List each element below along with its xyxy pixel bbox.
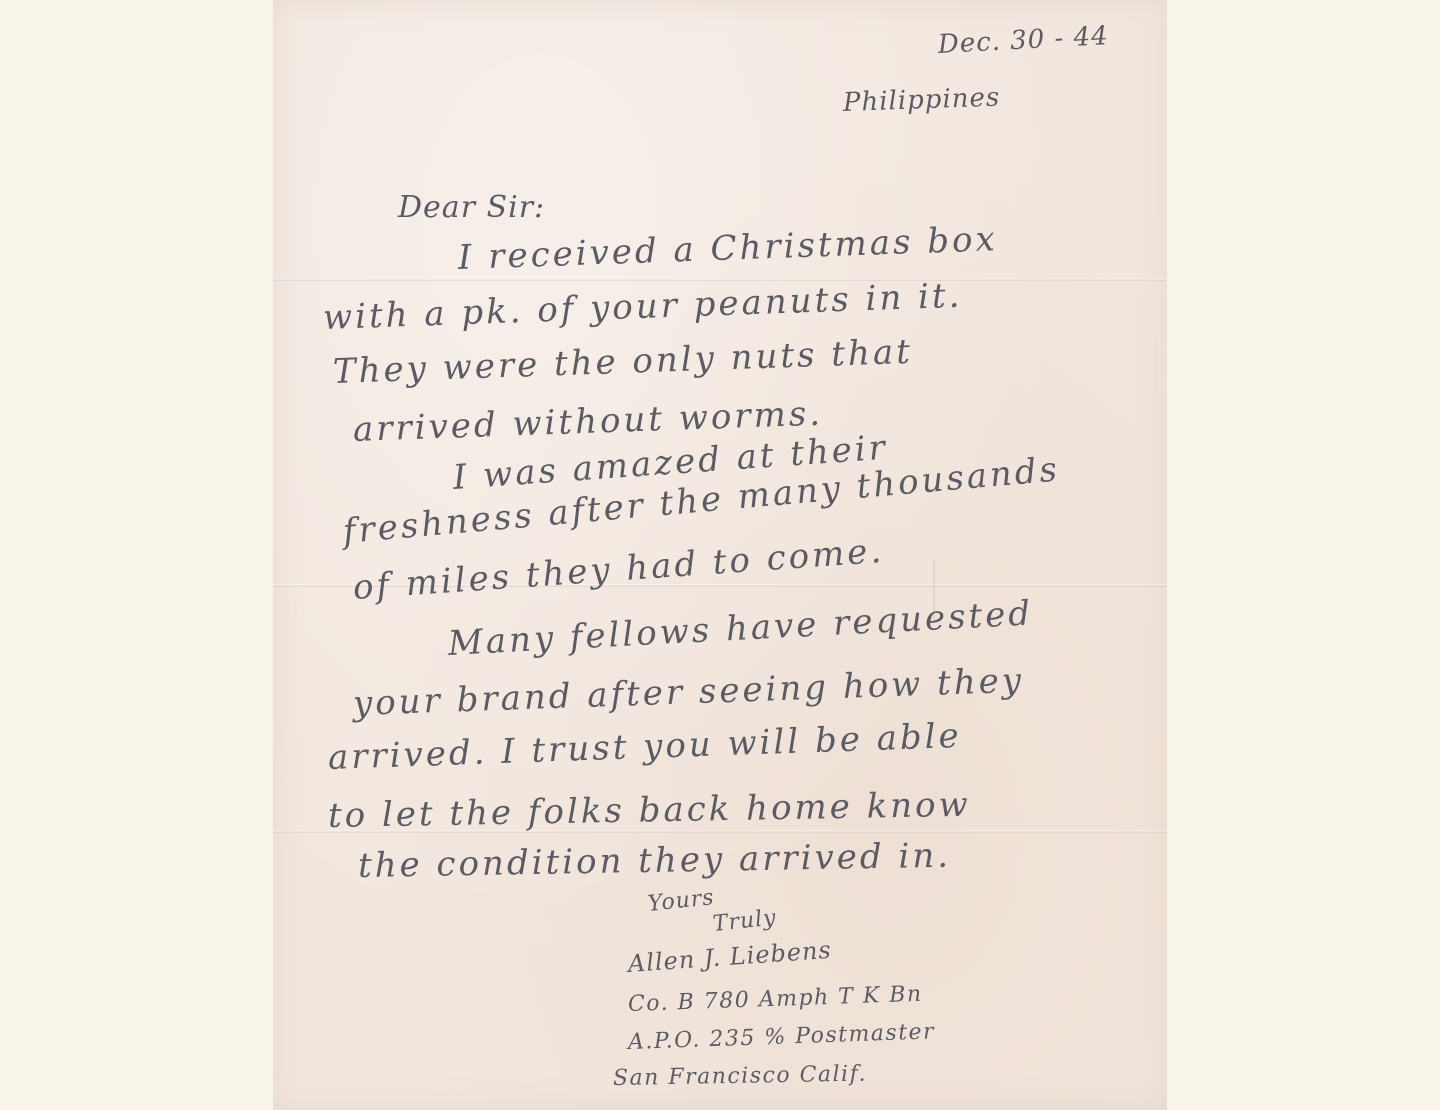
address-line: San Francisco Calif. (613, 1062, 867, 1091)
body-line: your brand after seeing how they (352, 661, 1024, 724)
address-line: A.P.O. 235 % Postmaster (628, 1019, 936, 1055)
letter-place: Philippines (842, 83, 1000, 118)
body-line: Many fellows have requested (447, 593, 1034, 664)
body-line: to let the folks back home know (328, 785, 971, 836)
closing-yours: Yours (647, 885, 716, 917)
body-line: I received a Christmas box (457, 219, 998, 278)
body-line: the condition they arrived in. (358, 836, 952, 886)
signature: Allen J. Liebens (627, 936, 833, 978)
paper-fold (273, 278, 1167, 281)
body-line: They were the only nuts that (332, 332, 913, 392)
salutation: Dear Sir: (398, 190, 545, 225)
body-line: with a pk. of your peanuts in it. (322, 276, 963, 338)
closing-truly: Truly (712, 905, 778, 937)
address-line: Co. B 780 Amph T K Bn (628, 982, 923, 1017)
body-line: arrived. I trust you will be able (327, 716, 962, 778)
letter-date: Dec. 30 - 44 (937, 21, 1109, 60)
letter-page: Dec. 30 - 44 Philippines Dear Sir: I rec… (273, 0, 1167, 1110)
